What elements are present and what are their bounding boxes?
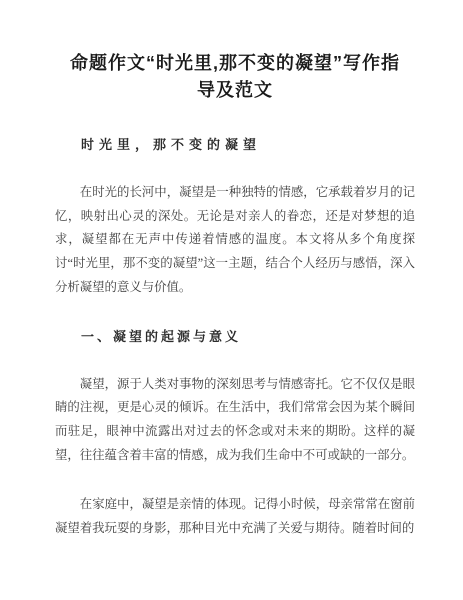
section-1-paragraph-2: 在家庭中，凝望是亲情的体现。记得小时候，母亲常常在窗前凝望着我玩耍的身影，那种目… [55,493,415,540]
essay-subtitle: 时光里，那不变的凝望 [55,135,415,155]
document-page: 命题作文“时光里,那不变的凝望”写作指导及范文 时光里，那不变的凝望 在时光的长… [0,0,463,600]
section-1-paragraph-1: 凝望，源于人类对事物的深刻思考与情感寄托。它不仅仅是眼睛的注视，更是心灵的倾诉。… [55,373,415,468]
intro-paragraph: 在时光的长河中，凝望是一种独特的情感，它承载着岁月的记忆，映射出心灵的深处。无论… [55,181,415,300]
section-1-heading: 一、凝望的起源与意义 [55,327,415,347]
document-title: 命题作文“时光里,那不变的凝望”写作指导及范文 [63,50,408,104]
